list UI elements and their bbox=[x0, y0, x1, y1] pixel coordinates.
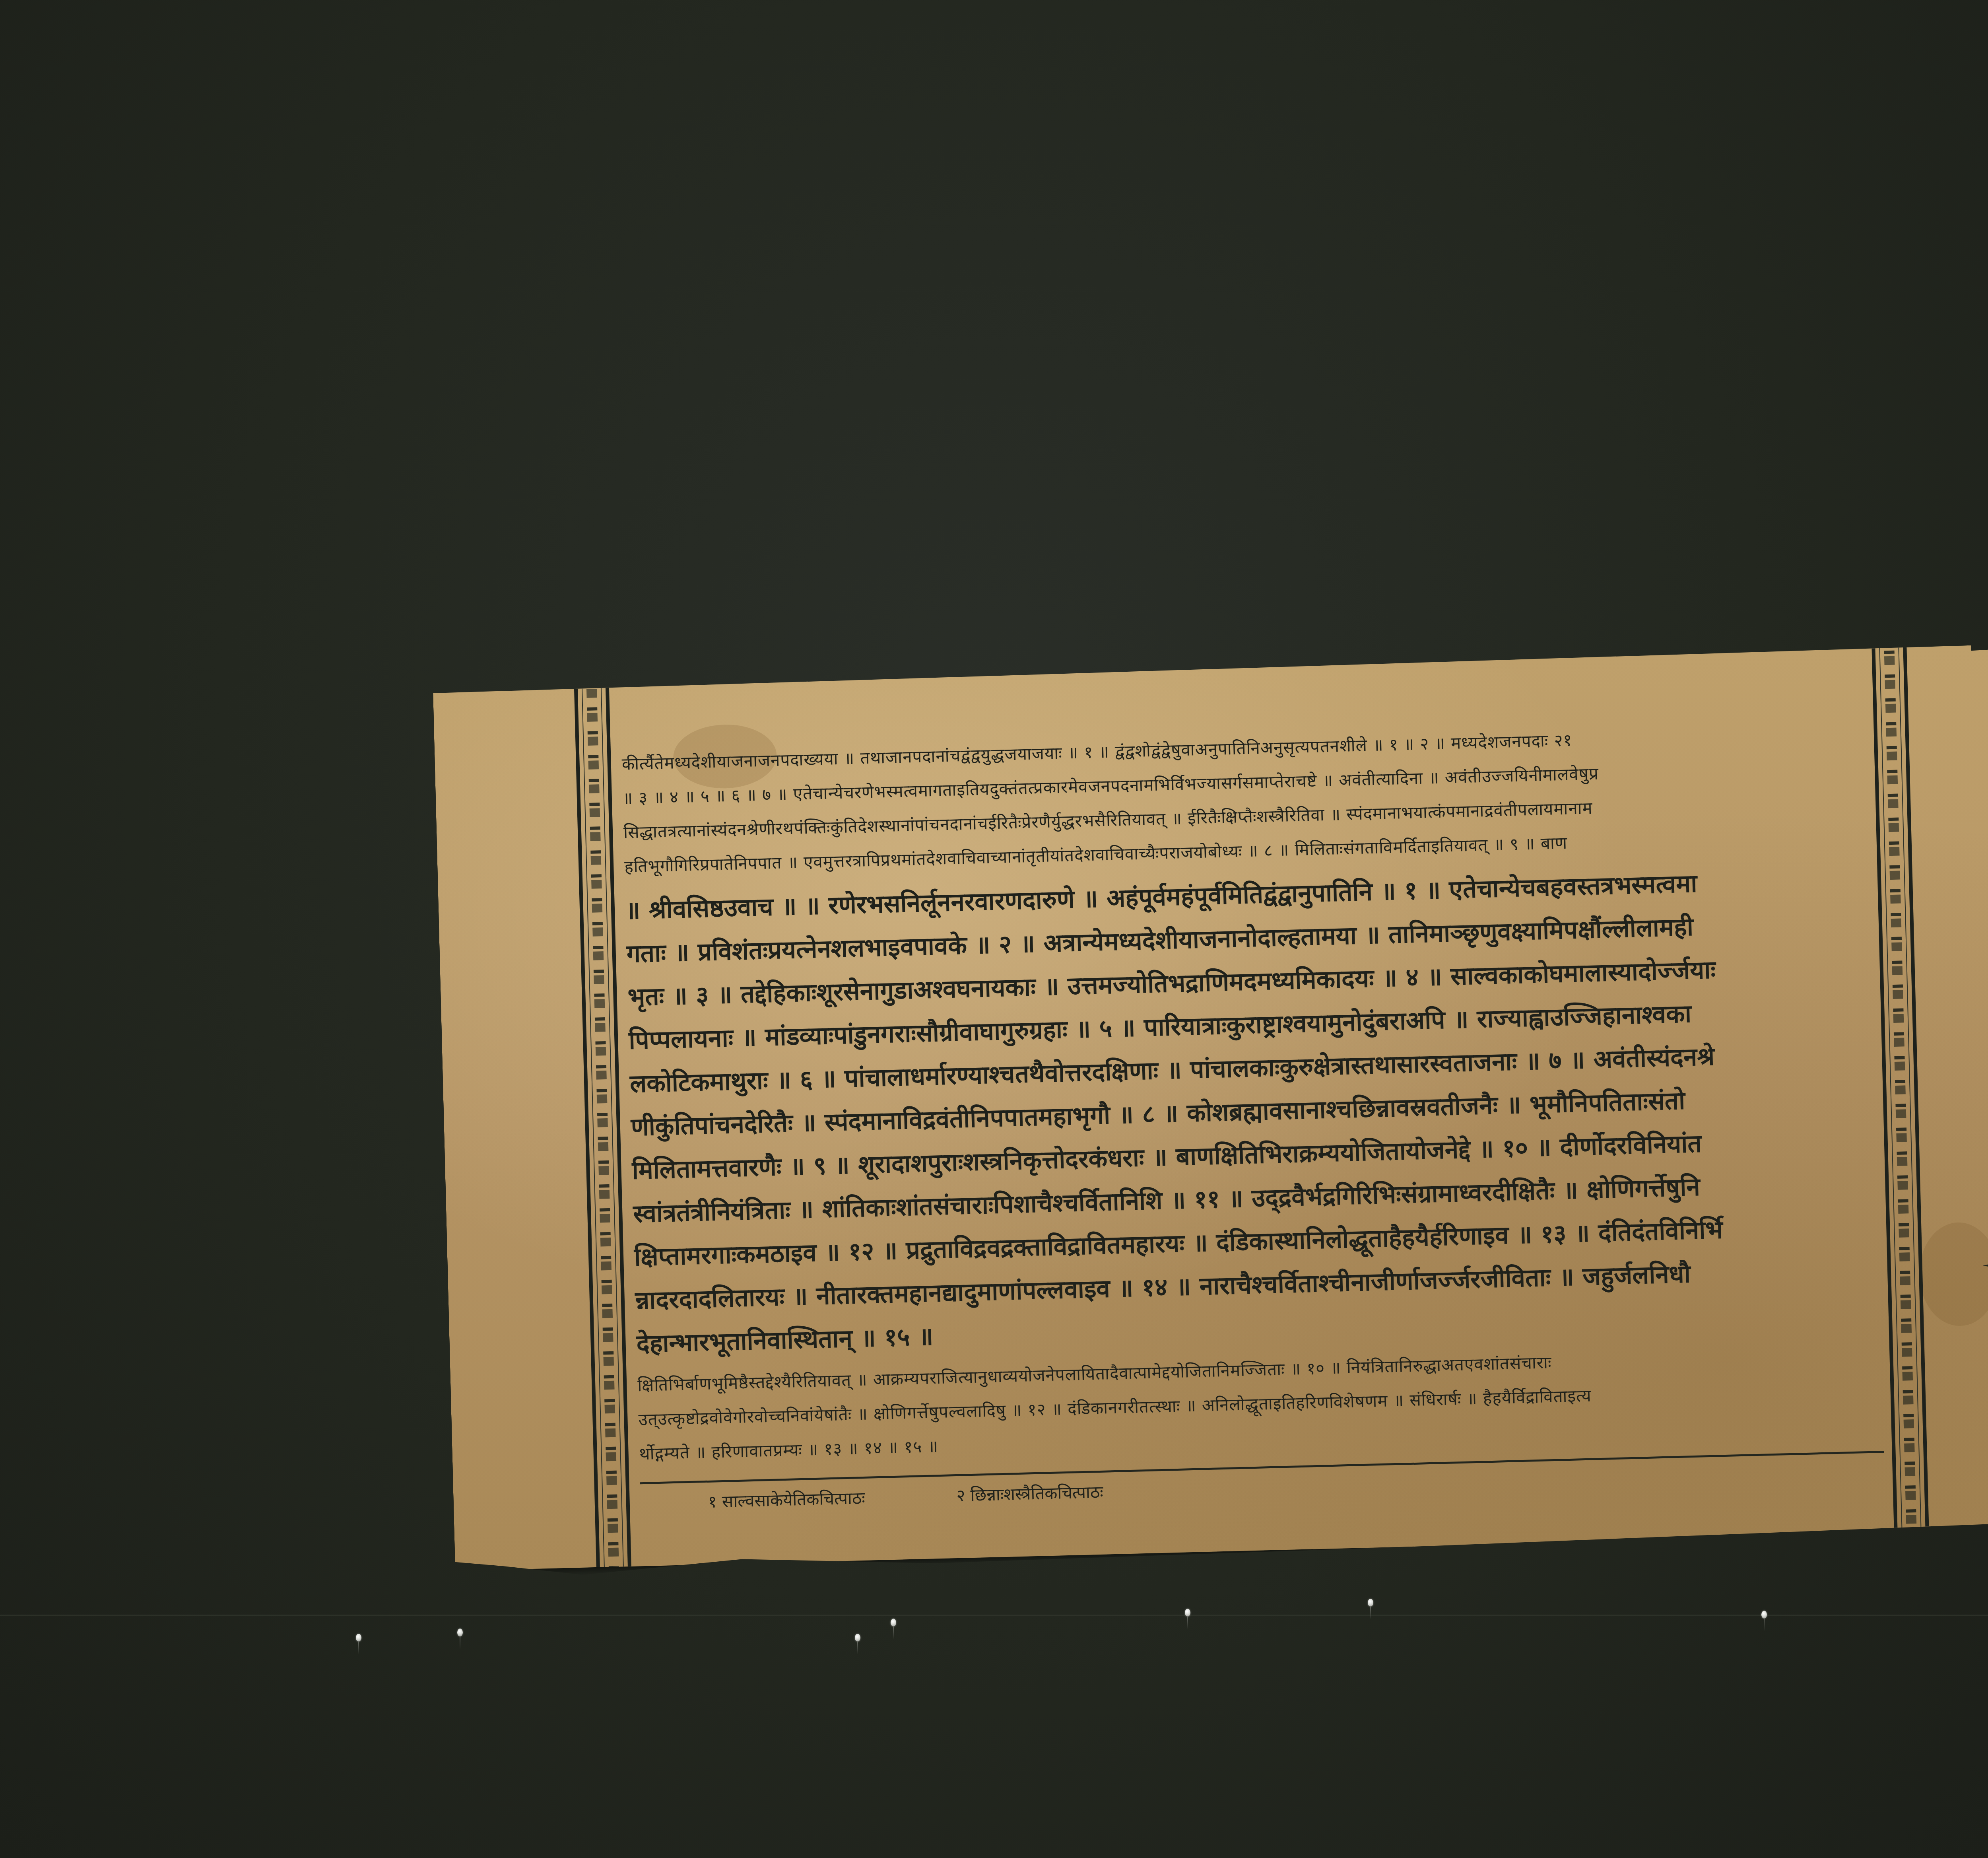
footnote-2: २ छिन्नाःशस्त्रैतिकचित्पाठः bbox=[956, 1478, 1104, 1510]
pin-icon bbox=[855, 1634, 860, 1642]
page-text: कीर्त्यैतेमध्यदेशीयाजनाजनपदाख्यया ॥ तथाज… bbox=[621, 716, 1885, 1518]
paper-stain bbox=[1918, 1222, 1988, 1327]
pin-icon bbox=[457, 1629, 463, 1636]
manuscript-page: कीर्त्यैतेमध्यदेशीयाजनाजनपदाख्यया ॥ तथाज… bbox=[433, 644, 1988, 1571]
pin-icon bbox=[1761, 1611, 1767, 1619]
main-verse-text: ॥ श्रीवसिष्ठउवाच ॥ ॥ रणेरभसनिर्लूननरवारण… bbox=[625, 857, 1881, 1365]
pin-icon bbox=[891, 1619, 896, 1627]
pin-icon bbox=[1185, 1609, 1190, 1617]
pin-icon bbox=[1368, 1599, 1373, 1607]
footnote-1: १ साल्वसाकेयेतिकचित्पाठः bbox=[708, 1484, 866, 1516]
top-commentary: कीर्त्यैतेमध्यदेशीयाजनाजनपदाख्यया ॥ तथाज… bbox=[621, 716, 1869, 884]
pin-icon bbox=[356, 1634, 361, 1642]
felt-seam bbox=[0, 1615, 1988, 1616]
